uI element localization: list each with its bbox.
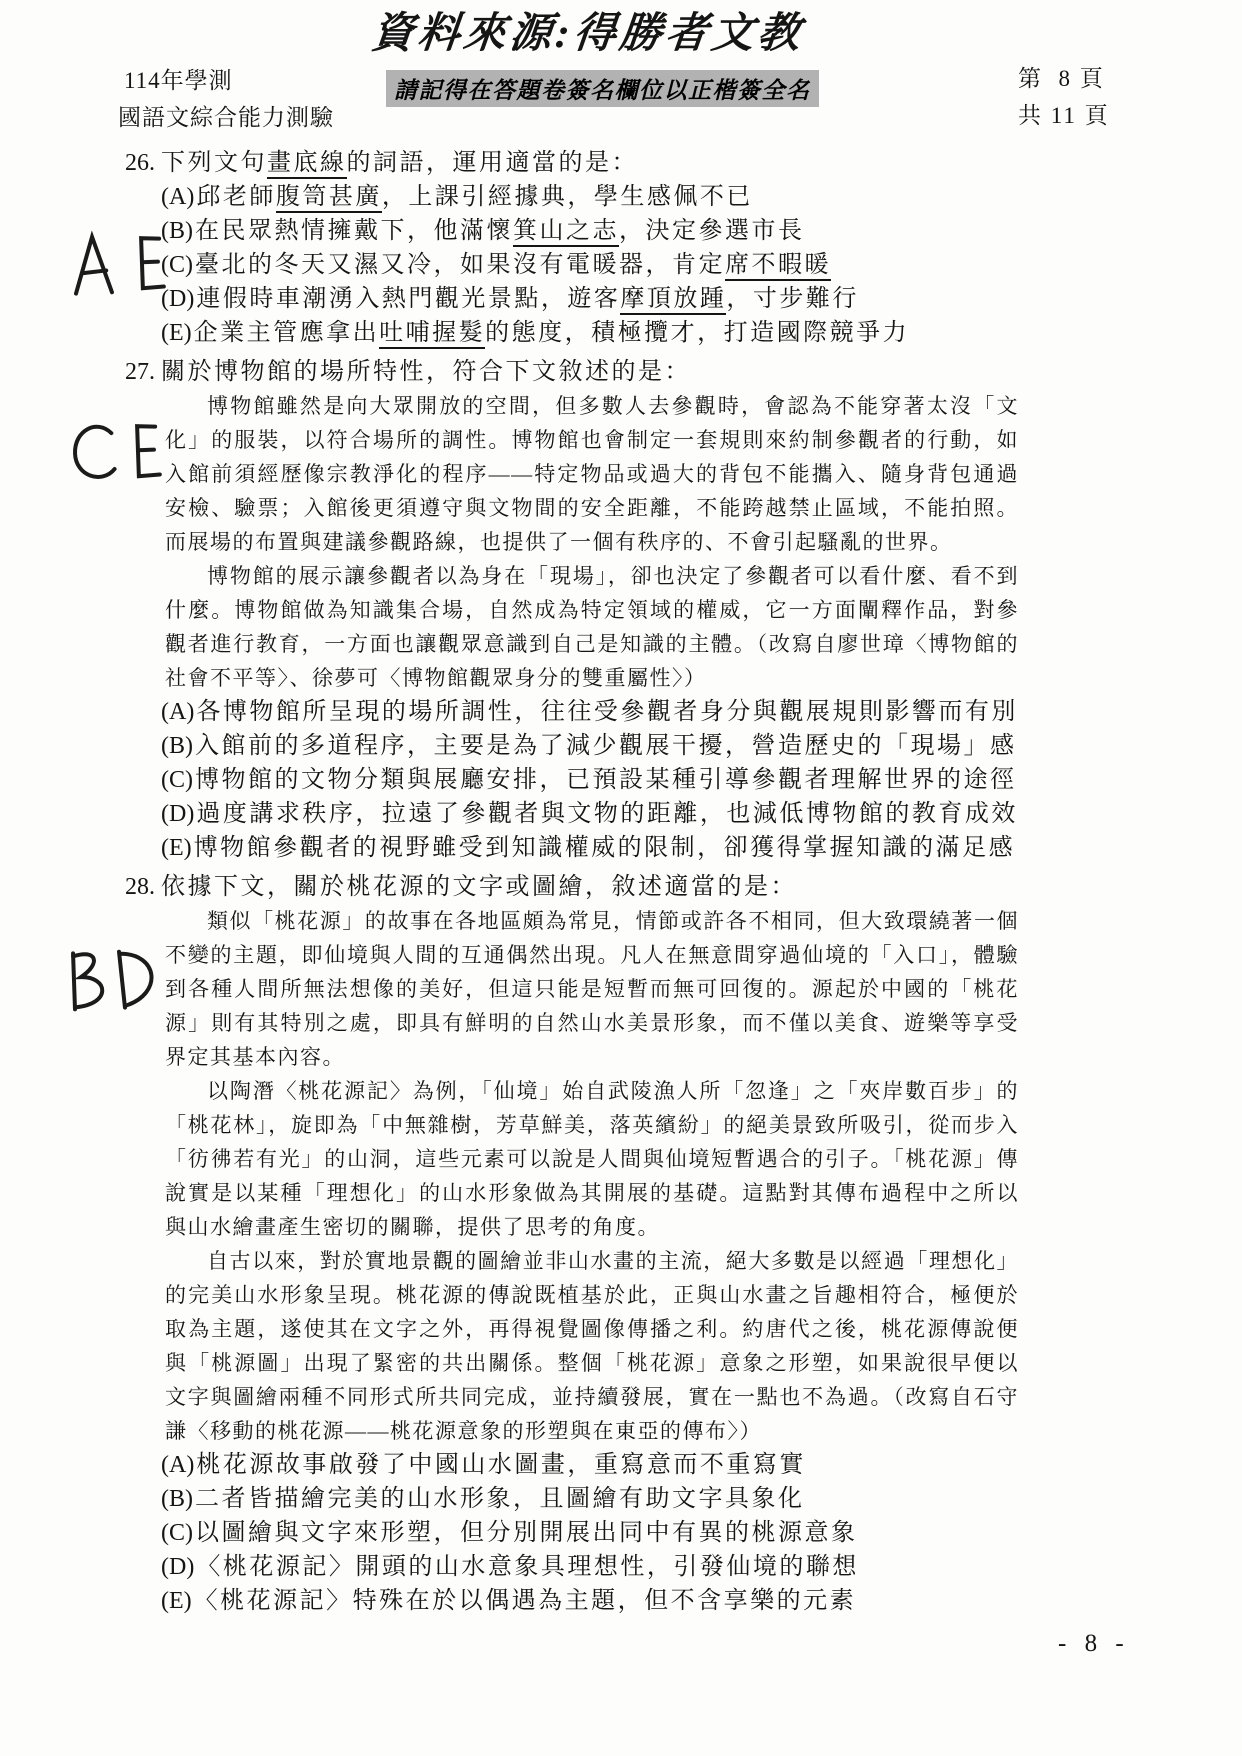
option-text: 入館前的多道程序，主要是為了減少觀展干擾，營造歷史的「現場」感 bbox=[195, 733, 1017, 759]
question-28: 28.依據下文，關於桃花源的文字或圖繪，敘述適當的是：類似「桃花源」的故事在各地… bbox=[125, 870, 1125, 1618]
option-label: (A) bbox=[161, 184, 194, 210]
underlined-term: 吐哺握髮 bbox=[379, 320, 485, 349]
option-text: 二者皆描繪完美的山水形象，且圖繪有助文字具象化 bbox=[195, 1486, 805, 1512]
option-row: (D)過度講求秩序，拉遠了參觀者與文物的距離，也減低博物館的教育成效 bbox=[161, 797, 1125, 831]
text-segment: 桃花源故事啟發了中國山水圖畫，重寫意而不重寫實 bbox=[196, 1452, 806, 1478]
option-text: 臺北的冬天又濕又冷，如果沒有電暖器，肯定席不暇暖 bbox=[195, 252, 831, 281]
option-row: (A)各博物館所呈現的場所調性，往往受參觀者身分與觀展規則影響而有別 bbox=[161, 695, 1125, 729]
passage-paragraph: 博物館雖然是向大眾開放的空間，但多數人去參觀時，會認為不能穿著太沒「文化」的服裝… bbox=[165, 389, 1019, 559]
passage-paragraph: 類似「桃花源」的故事在各地區頗為常見，情節或許各不相同，但大致環繞著一個不變的主… bbox=[165, 904, 1019, 1074]
text-segment: 博物館的文物分類與展廳安排，已預設某種引導參觀者理解世界的途徑 bbox=[195, 767, 1017, 793]
text-segment: 臺北的冬天又濕又冷，如果沒有電暖器，肯定 bbox=[195, 252, 725, 278]
handwritten-source-title: 資料來源:得勝者文教 bbox=[369, 0, 765, 60]
text-segment: 的詞語，運用適當的是： bbox=[347, 150, 639, 176]
page-number-line: 第 8 頁 bbox=[1018, 66, 1105, 91]
text-segment: 〈桃花源記〉特殊在於以偶遇為主題，但不含享樂的元素 bbox=[194, 1588, 857, 1614]
passage-paragraph: 以陶潛〈桃花源記〉為例，「仙境」始自武陵漁人所「忽逢」之「夾岸數百步」的「桃花林… bbox=[165, 1074, 1019, 1244]
option-text: 過度講求秩序，拉遠了參觀者與文物的距離，也減低博物館的教育成效 bbox=[196, 801, 1018, 827]
footer-page-number: - 8 - bbox=[1058, 1630, 1130, 1658]
question-stem: 27.關於博物館的場所特性，符合下文敘述的是： bbox=[125, 355, 1125, 389]
option-label: (E) bbox=[161, 1588, 192, 1614]
exam-year: 114年學測 bbox=[124, 62, 233, 95]
question-stem: 26.下列文句畫底線的詞語，運用適當的是： bbox=[125, 146, 1125, 180]
text-segment: 在民眾熱情擁戴下，他滿懷 bbox=[195, 218, 513, 244]
handwritten-answer-AE bbox=[68, 230, 170, 303]
reading-passage: 類似「桃花源」的故事在各地區頗為常見，情節或許各不相同，但大致環繞著一個不變的主… bbox=[165, 904, 1019, 1448]
text-segment: 企業主管應拿出 bbox=[194, 320, 380, 346]
text-segment: 二者皆描繪完美的山水形象，且圖繪有助文字具象化 bbox=[195, 1486, 805, 1512]
option-row: (C)臺北的冬天又濕又冷，如果沒有電暖器，肯定席不暇暖 bbox=[161, 248, 1125, 282]
option-row: (B)入館前的多道程序，主要是為了減少觀展干擾，營造歷史的「現場」感 bbox=[161, 729, 1125, 763]
text-segment: 的態度，積極攬才，打造國際競爭力 bbox=[485, 320, 909, 346]
option-label: (C) bbox=[161, 1520, 193, 1546]
option-row: (A)桃花源故事啟發了中國山水圖畫，重寫意而不重寫實 bbox=[161, 1448, 1125, 1482]
option-text: 〈桃花源記〉特殊在於以偶遇為主題，但不含享樂的元素 bbox=[194, 1588, 857, 1614]
option-text: 博物館參觀者的視野雖受到知識權威的限制，卻獲得掌握知識的滿足感 bbox=[194, 835, 1016, 861]
option-text: 邱老師腹笥甚廣，上課引經據典，學生感佩不已 bbox=[196, 184, 753, 213]
option-row: (C)以圖繪與文字來形塑，但分別開展出同中有異的桃源意象 bbox=[161, 1516, 1125, 1550]
option-label: (B) bbox=[161, 1486, 193, 1512]
text-segment: ，上課引經據典，學生感佩不已 bbox=[382, 184, 753, 210]
option-label: (E) bbox=[161, 835, 192, 861]
underlined-term: 畫底線 bbox=[267, 150, 347, 179]
option-text: 連假時車潮湧入熱門觀光景點，遊客摩頂放踵，寸步難行 bbox=[196, 286, 859, 315]
handwritten-answer-BD bbox=[62, 946, 164, 1019]
questions-container: 26.下列文句畫底線的詞語，運用適當的是：(A)邱老師腹笥甚廣，上課引經據典，學… bbox=[125, 146, 1125, 1623]
text-segment: 以圖繪與文字來形塑，但分別開展出同中有異的桃源意象 bbox=[195, 1520, 858, 1546]
option-label: (C) bbox=[161, 767, 193, 793]
page-total-line: 共 11 頁 bbox=[1018, 103, 1110, 128]
handwritten-answer-CE bbox=[64, 418, 166, 491]
option-label: (D) bbox=[161, 1554, 194, 1580]
text-segment: 依據下文，關於桃花源的文字或圖繪，敘述適當的是： bbox=[161, 874, 797, 900]
option-row: (B)在民眾熱情擁戴下，他滿懷箕山之志，決定參選市長 bbox=[161, 214, 1125, 248]
underlined-term: 摩頂放踵 bbox=[620, 286, 726, 315]
text-segment: ，決定參選市長 bbox=[619, 218, 805, 244]
question-number: 27. bbox=[125, 359, 155, 385]
option-label: (A) bbox=[161, 699, 194, 725]
option-text: 企業主管應拿出吐哺握髮的態度，積極攬才，打造國際競爭力 bbox=[194, 320, 910, 349]
option-text: 在民眾熱情擁戴下，他滿懷箕山之志，決定參選市長 bbox=[195, 218, 805, 247]
question-stem: 28.依據下文，關於桃花源的文字或圖繪，敘述適當的是： bbox=[125, 870, 1125, 904]
option-label: (D) bbox=[161, 801, 194, 827]
question-26: 26.下列文句畫底線的詞語，運用適當的是：(A)邱老師腹笥甚廣，上課引經據典，學… bbox=[125, 146, 1125, 350]
text-segment: 下列文句 bbox=[161, 150, 267, 176]
underlined-term: 箕山之志 bbox=[513, 218, 619, 247]
option-text: 博物館的文物分類與展廳安排，已預設某種引導參觀者理解世界的途徑 bbox=[195, 767, 1017, 793]
text-segment: 關於博物館的場所特性，符合下文敘述的是： bbox=[161, 359, 691, 385]
option-text: 各博物館所呈現的場所調性，往往受參觀者身分與觀展規則影響而有別 bbox=[196, 699, 1018, 725]
passage-paragraph: 博物館的展示讓參觀者以為身在「現場」，卻也決定了參觀者可以看什麼、看不到什麼。博… bbox=[165, 559, 1019, 695]
option-row: (D)〈桃花源記〉開頭的山水意象具理想性，引發仙境的聯想 bbox=[161, 1550, 1125, 1584]
option-label: (E) bbox=[161, 320, 192, 346]
option-row: (C)博物館的文物分類與展廳安排，已預設某種引導參觀者理解世界的途徑 bbox=[161, 763, 1125, 797]
option-row: (B)二者皆描繪完美的山水形象，且圖繪有助文字具象化 bbox=[161, 1482, 1125, 1516]
text-segment: 各博物館所呈現的場所調性，往往受參觀者身分與觀展規則影響而有別 bbox=[196, 699, 1018, 725]
text-segment: 邱老師 bbox=[196, 184, 276, 210]
question-number: 26. bbox=[125, 150, 155, 176]
option-label: (A) bbox=[161, 1452, 194, 1478]
option-row: (E)博物館參觀者的視野雖受到知識權威的限制，卻獲得掌握知識的滿足感 bbox=[161, 831, 1125, 865]
option-text: 以圖繪與文字來形塑，但分別開展出同中有異的桃源意象 bbox=[195, 1520, 858, 1546]
reading-passage: 博物館雖然是向大眾開放的空間，但多數人去參觀時，會認為不能穿著太沒「文化」的服裝… bbox=[165, 389, 1019, 695]
underlined-term: 腹笥甚廣 bbox=[276, 184, 382, 213]
option-label: (B) bbox=[161, 733, 193, 759]
underlined-term: 席不暇暖 bbox=[725, 252, 831, 281]
text-segment: 〈桃花源記〉開頭的山水意象具理想性，引發仙境的聯想 bbox=[196, 1554, 859, 1580]
exam-page: 資料來源:得勝者文教 114年學測 國語文綜合能力測驗 請記得在答題卷簽名欄位以… bbox=[0, 0, 1242, 1756]
option-text: 〈桃花源記〉開頭的山水意象具理想性，引發仙境的聯想 bbox=[196, 1554, 859, 1580]
page-count: 第 8 頁共 11 頁 bbox=[1018, 60, 1110, 134]
text-segment: ，寸步難行 bbox=[726, 286, 859, 312]
text-segment: 連假時車潮湧入熱門觀光景點，遊客 bbox=[196, 286, 620, 312]
question-27: 27.關於博物館的場所特性，符合下文敘述的是：博物館雖然是向大眾開放的空間，但多… bbox=[125, 355, 1125, 865]
exam-subject: 國語文綜合能力測驗 bbox=[118, 99, 334, 132]
passage-paragraph: 自古以來，對於實地景觀的圖繪並非山水畫的主流，絕大多數是以經過「理想化」的完美山… bbox=[165, 1244, 1019, 1448]
option-row: (D)連假時車潮湧入熱門觀光景點，遊客摩頂放踵，寸步難行 bbox=[161, 282, 1125, 316]
option-row: (E)企業主管應拿出吐哺握髮的態度，積極攬才，打造國際競爭力 bbox=[161, 316, 1125, 350]
text-segment: 博物館參觀者的視野雖受到知識權威的限制，卻獲得掌握知識的滿足感 bbox=[194, 835, 1016, 861]
text-segment: 入館前的多道程序，主要是為了減少觀展干擾，營造歷史的「現場」感 bbox=[195, 733, 1017, 759]
option-text: 桃花源故事啟發了中國山水圖畫，重寫意而不重寫實 bbox=[196, 1452, 806, 1478]
signature-notice-banner: 請記得在答題卷簽名欄位以正楷簽全名 bbox=[386, 70, 819, 107]
option-row: (E)〈桃花源記〉特殊在於以偶遇為主題，但不含享樂的元素 bbox=[161, 1584, 1125, 1618]
text-segment: 過度講求秩序，拉遠了參觀者與文物的距離，也減低博物館的教育成效 bbox=[196, 801, 1018, 827]
question-number: 28. bbox=[125, 874, 155, 900]
option-row: (A)邱老師腹笥甚廣，上課引經據典，學生感佩不已 bbox=[161, 180, 1125, 214]
